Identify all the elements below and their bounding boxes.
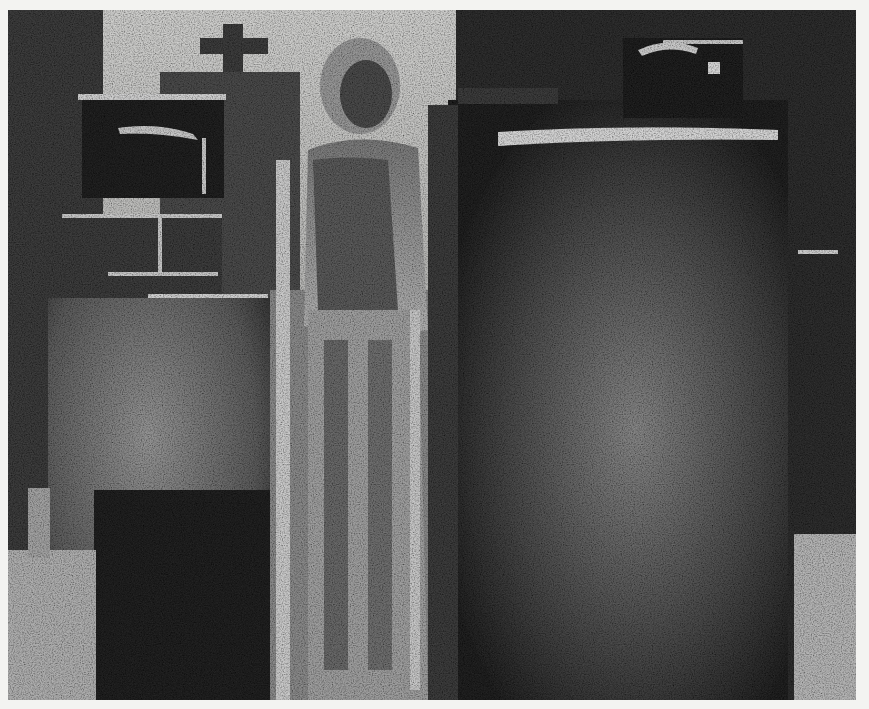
etching-image — [8, 10, 856, 700]
paper-sheet — [0, 0, 869, 709]
aquatint-grain — [8, 10, 856, 700]
print-plate — [8, 10, 856, 700]
